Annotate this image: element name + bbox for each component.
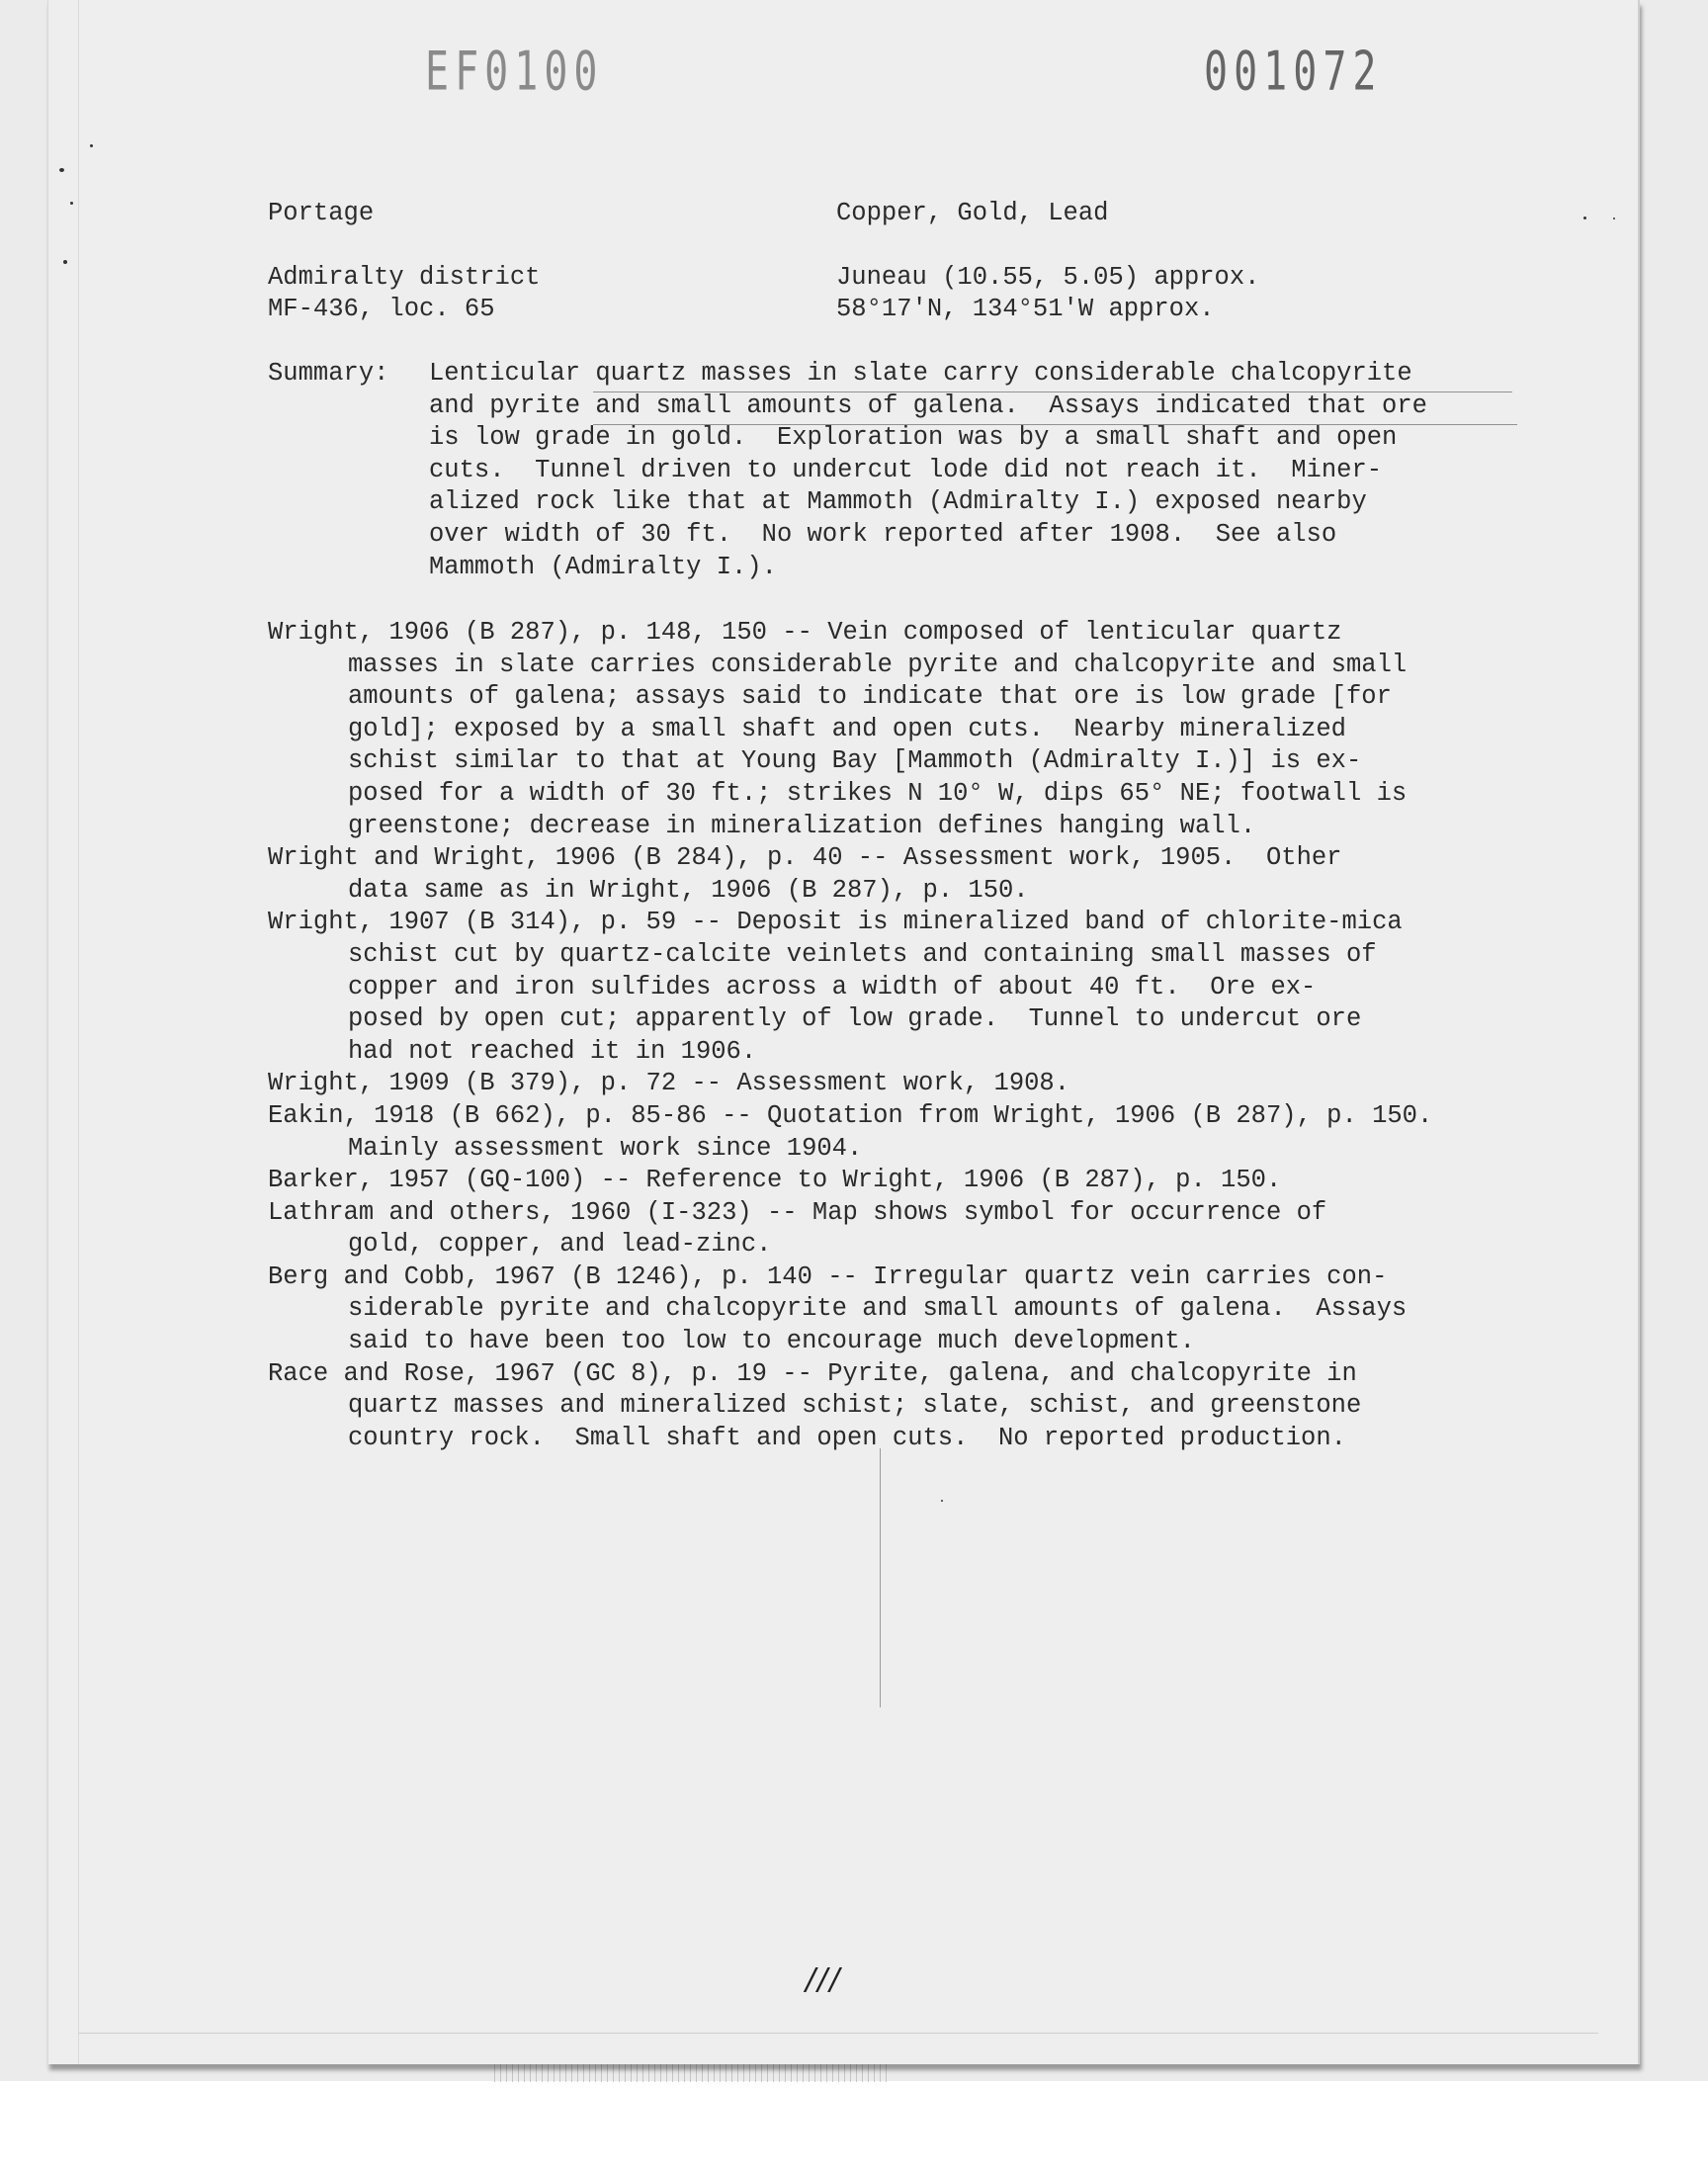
scan-speck — [59, 168, 64, 172]
reference-citation: Berg and Cobb, 1967 (B 1246), p. 140 -- … — [268, 1261, 1543, 1294]
scan-speck — [1583, 217, 1586, 219]
summary-label: Summary: — [268, 358, 388, 391]
reference-text: schist cut by quartz-calcite veinlets an… — [268, 939, 1543, 972]
reference-citation: Eakin, 1918 (B 662), p. 85-86 -- Quotati… — [268, 1100, 1543, 1133]
district: Admiralty district — [268, 262, 540, 295]
reference-text: had not reached it in 1906. — [268, 1036, 1543, 1069]
reference-text: greenstone; decrease in mineralization d… — [268, 811, 1543, 843]
commodities: Copper, Gold, Lead — [836, 198, 1108, 230]
reference-text: siderable pyrite and chalcopyrite and sm… — [268, 1293, 1543, 1326]
reference-citation: Race and Rose, 1967 (GC 8), p. 19 -- Pyr… — [268, 1358, 1543, 1391]
reference-text: posed for a width of 30 ft.; strikes N 1… — [268, 778, 1543, 811]
reference-text: posed by open cut; apparently of low gra… — [268, 1003, 1543, 1036]
reference-citation: Lathram and others, 1960 (I-323) -- Map … — [268, 1197, 1543, 1230]
reference-text: schist similar to that at Young Bay [Mam… — [268, 745, 1543, 778]
page-bottom-rule — [78, 2033, 1598, 2034]
reference-entry: Wright, 1906 (B 287), p. 148, 150 -- Vei… — [268, 617, 1543, 842]
handwritten-page-mark: /// — [806, 1962, 841, 1997]
scan-speck — [1613, 217, 1615, 219]
scan-fold-line — [880, 1448, 881, 1707]
reference-entry: Berg and Cobb, 1967 (B 1246), p. 140 -- … — [268, 1261, 1543, 1358]
reference-citation: Wright, 1907 (B 314), p. 59 -- Deposit i… — [268, 907, 1543, 939]
reference-citation: Wright and Wright, 1906 (B 284), p. 40 -… — [268, 842, 1543, 875]
coordinates: 58°17'N, 134°51'W approx. — [836, 294, 1215, 326]
summary-line: Mammoth (Admiralty I.). — [429, 552, 1536, 584]
reference-citation: Wright, 1909 (B 379), p. 72 -- Assessmen… — [268, 1068, 1543, 1100]
scan-speck — [941, 1500, 943, 1502]
reference-entry: Wright and Wright, 1906 (B 284), p. 40 -… — [268, 842, 1543, 907]
scan-speck — [70, 202, 73, 205]
reference-text: said to have been too low to encourage m… — [268, 1326, 1543, 1358]
reference-text: copper and iron sulfides across a width … — [268, 972, 1543, 1004]
reference-text: data same as in Wright, 1906 (B 287), p.… — [268, 875, 1543, 908]
map-reference: MF-436, loc. 65 — [268, 294, 495, 326]
reference-text: Mainly assessment work since 1904. — [268, 1133, 1543, 1166]
scan-speck — [90, 144, 93, 147]
document-stamp-right: 001072 — [1204, 42, 1383, 103]
reference-entry: Barker, 1957 (GQ-100) -- Reference to Wr… — [268, 1165, 1543, 1197]
references-list: Wright, 1906 (B 287), p. 148, 150 -- Vei… — [268, 617, 1543, 1454]
summary-line: Lenticular quartz masses in slate carry … — [429, 358, 1536, 391]
summary-line: cuts. Tunnel driven to undercut lode did… — [429, 455, 1536, 487]
quadrangle: Juneau (10.55, 5.05) approx. — [836, 262, 1259, 295]
scan-speck — [63, 260, 67, 264]
reference-citation: Barker, 1957 (GQ-100) -- Reference to Wr… — [268, 1165, 1543, 1197]
reference-text: quartz masses and mineralized schist; sl… — [268, 1390, 1543, 1423]
reference-entry: Wright, 1907 (B 314), p. 59 -- Deposit i… — [268, 907, 1543, 1068]
summary-line: alized rock like that at Mammoth (Admira… — [429, 486, 1536, 519]
reference-citation: Wright, 1906 (B 287), p. 148, 150 -- Vei… — [268, 617, 1543, 650]
summary-line: is low grade in gold. Exploration was by… — [429, 422, 1536, 455]
reference-text: masses in slate carries considerable pyr… — [268, 650, 1543, 682]
summary-line: over width of 30 ft. No work reported af… — [429, 519, 1536, 552]
document-stamp-left: EF0100 — [425, 42, 604, 103]
deposit-name: Portage — [268, 198, 374, 230]
summary-line: and pyrite and small amounts of galena. … — [429, 391, 1536, 423]
reference-entry: Wright, 1909 (B 379), p. 72 -- Assessmen… — [268, 1068, 1543, 1100]
pencil-underline — [593, 424, 1517, 425]
reference-entry: Lathram and others, 1960 (I-323) -- Map … — [268, 1197, 1543, 1261]
scanner-artifact — [494, 2064, 890, 2082]
reference-entry: Race and Rose, 1967 (GC 8), p. 19 -- Pyr… — [268, 1358, 1543, 1455]
reference-text: amounts of galena; assays said to indica… — [268, 681, 1543, 714]
pencil-underline — [593, 391, 1512, 392]
reference-text: gold]; exposed by a small shaft and open… — [268, 714, 1543, 746]
reference-text: country rock. Small shaft and open cuts.… — [268, 1423, 1543, 1455]
reference-entry: Eakin, 1918 (B 662), p. 85-86 -- Quotati… — [268, 1100, 1543, 1165]
page-edge-line — [78, 0, 79, 2064]
reference-text: gold, copper, and lead-zinc. — [268, 1229, 1543, 1261]
